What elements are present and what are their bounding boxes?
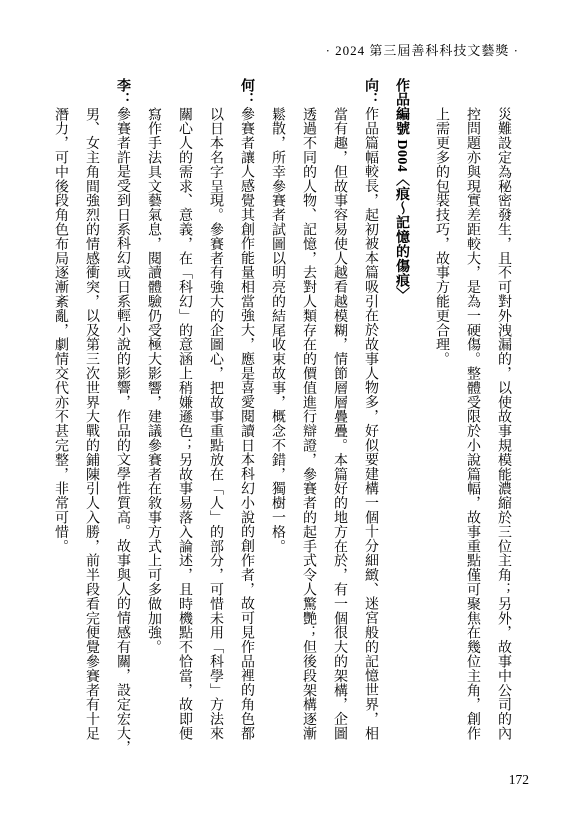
text-column: 潛力，可中後段角色布局逐漸紊亂，劇情交代亦不甚完整，非常可惜。	[45, 78, 76, 783]
text-column: 控問題亦與現實差距較大，是為一硬傷。整體受限於小說篇幅，故事重點僅可聚焦在幾位主…	[457, 78, 488, 783]
column-text: 透過不同的人物、記憶，去對人類存在的價值進行辯證，參賽者的起手式令人驚艷；但後段…	[301, 107, 316, 741]
text-column: 以日本名字呈現。參賽者有強大的企圖心，把故事重點放在「人」的部分，可惜未用「科學…	[200, 78, 231, 783]
column-text: 上需更多的包裝技巧，故事方能更合理。	[434, 107, 449, 366]
column-text: 參賽者許是受到日系科幻或日系輕小說的影響，作品的文學性質高。故事與人的情感有關，…	[115, 107, 130, 755]
work-title: 作品編號 D004〈痕～記憶的傷痕〉	[386, 78, 417, 783]
text-column: 透過不同的人物、記憶，去對人類存在的價值進行辯證，參賽者的起手式令人驚艷；但後段…	[293, 78, 324, 783]
page-number: 172	[509, 772, 529, 788]
vertical-text-block: 災難設定為秘密發生，且不可對外洩漏的，以使故事規模能濃縮於三位主角；另外，故事中…	[45, 78, 519, 783]
text-column: 當有趣，但故事容易使人越看越模糊，情節層層疊疊。本篇好的地方在於，有一個很大的架…	[324, 78, 355, 783]
text-column: 上需更多的包裝技巧，故事方能更合理。	[426, 78, 457, 783]
speaker-label: 李：	[115, 78, 130, 107]
text-column: 關心人的需求、意義，在「科幻」的意涵上稍嫌遜色；另故事易落入論述，且時機點不恰當…	[169, 78, 200, 783]
text-column: 災難設定為秘密發生，且不可對外洩漏的，以使故事規模能濃縮於三位主角；另外，故事中…	[488, 78, 519, 783]
book-page: · 2024 第三屆善科科技文藝獎 · 災難設定為秘密發生，且不可對外洩漏的，以…	[0, 0, 583, 827]
column-text: 寫作手法具文藝氣息，閱讀體驗仍受極大影響，建議參賽者在敘事方式上可多做加強。	[146, 107, 161, 654]
text-column: 向：作品篇幅較長，起初被本篇吸引在於故事人物多，好似要建構一個十分細緻、迷宮般的…	[355, 78, 386, 783]
text-column: 李：參賽者許是受到日系科幻或日系輕小說的影響，作品的文學性質高。故事與人的情感有…	[107, 78, 138, 783]
column-text: 當有趣，但故事容易使人越看越模糊，情節層層疊疊。本篇好的地方在於，有一個很大的架…	[332, 107, 347, 741]
text-column: 男、女主角間強烈的情感衝突，以及第三次世界大戰的鋪陳引人入勝，前半段看完便覺參賽…	[76, 78, 107, 783]
column-text: 潛力，可中後段角色布局逐漸紊亂，劇情交代亦不甚完整，非常可惜。	[53, 107, 68, 553]
text-column: 鬆散，所幸參賽者試圖以明亮的結尾收束故事，概念不錯，獨樹一格。	[262, 78, 293, 783]
speaker-label: 何：	[239, 78, 254, 107]
column-text: 鬆散，所幸參賽者試圖以明亮的結尾收束故事，概念不錯，獨樹一格。	[270, 107, 285, 553]
work-title-text: 作品編號 D004〈痕～記憶的傷痕〉	[394, 78, 409, 302]
column-text: 作品篇幅較長，起初被本篇吸引在於故事人物多，好似要建構一個十分細緻、迷宮般的記憶…	[363, 107, 378, 741]
column-text: 參賽者讓人感覺其創作能量相當強大，應是喜愛閱讀日本科幻小說的創作者，故可見作品裡…	[239, 107, 254, 741]
column-text: 災難設定為秘密發生，且不可對外洩漏的，以使故事規模能濃縮於三位主角；另外，故事中…	[496, 107, 511, 741]
column-text: 關心人的需求、意義，在「科幻」的意涵上稍嫌遜色；另故事易落入論述，且時機點不恰當…	[177, 107, 192, 741]
column-text: 以日本名字呈現。參賽者有強大的企圖心，把故事重點放在「人」的部分，可惜未用「科學…	[208, 107, 223, 741]
column-text: 男、女主角間強烈的情感衝突，以及第三次世界大戰的鋪陳引人入勝，前半段看完便覺參賽…	[84, 107, 99, 741]
running-header: · 2024 第三屆善科科技文藝獎 ·	[326, 40, 519, 59]
text-column: 何：參賽者讓人感覺其創作能量相當強大，應是喜愛閱讀日本科幻小說的創作者，故可見作…	[231, 78, 262, 783]
speaker-label: 向：	[363, 78, 378, 107]
text-column: 寫作手法具文藝氣息，閱讀體驗仍受極大影響，建議參賽者在敘事方式上可多做加強。	[138, 78, 169, 783]
column-text: 控問題亦與現實差距較大，是為一硬傷。整體受限於小說篇幅，故事重點僅可聚焦在幾位主…	[465, 107, 480, 741]
